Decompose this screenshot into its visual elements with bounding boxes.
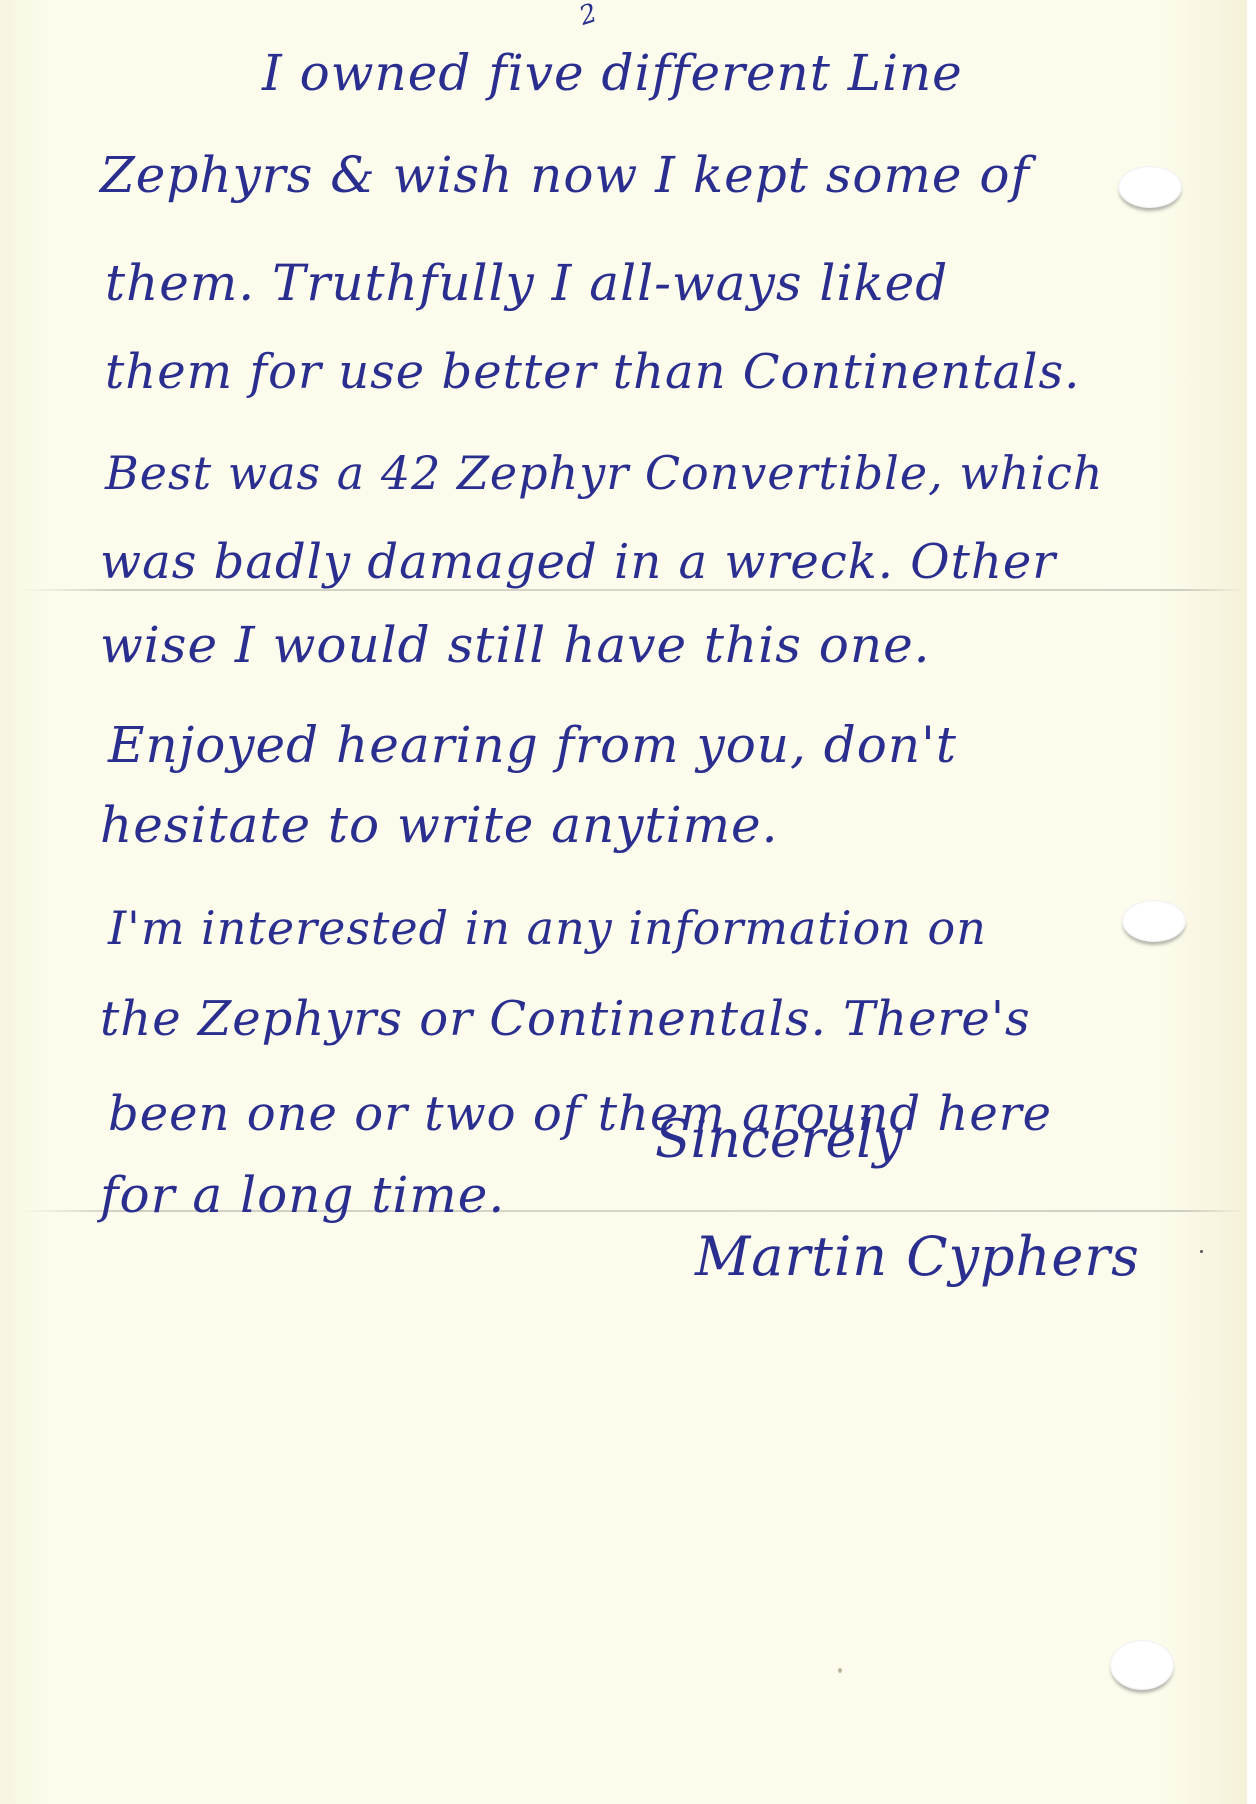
signature: Martin Cyphers	[695, 1225, 1140, 1288]
letter-line-8: Enjoyed hearing from you, don't	[108, 720, 957, 770]
letter-line-12: been one or two of them around here	[108, 1090, 1052, 1138]
closing-salutation: Sincerely	[655, 1110, 902, 1170]
punch-hole-bottom	[1110, 1640, 1174, 1690]
paper-speck	[1200, 1250, 1203, 1253]
letter-line-9: hesitate to write anytime.	[100, 800, 779, 850]
punch-hole-top	[1118, 166, 1182, 208]
letter-line-7: wise I would still have this one.	[100, 620, 931, 670]
letter-line-11: the Zephyrs or Continentals. There's	[100, 995, 1031, 1043]
letter-line-6: was badly damaged in a wreck. Other	[100, 538, 1056, 586]
letter-page: 2 I owned five different Line Zephyrs & …	[0, 0, 1256, 1804]
letter-line-1: I owned five different Line	[262, 48, 963, 98]
paper-edge	[1247, 0, 1256, 1804]
paper-speck	[838, 1668, 842, 1673]
letter-line-4: them for use better than Continentals.	[105, 348, 1080, 396]
letter-line-10: I'm interested in any information on	[108, 905, 987, 951]
punch-hole-middle	[1122, 900, 1186, 942]
letter-line-5: Best was a 42 Zephyr Convertible, which	[105, 450, 1103, 496]
letter-line-3: them. Truthfully I all-ways liked	[105, 258, 948, 308]
page-number-mark: 2	[576, 0, 601, 32]
letter-line-2: Zephyrs & wish now I kept some of	[100, 150, 1030, 200]
letter-line-13: for a long time.	[100, 1170, 505, 1220]
